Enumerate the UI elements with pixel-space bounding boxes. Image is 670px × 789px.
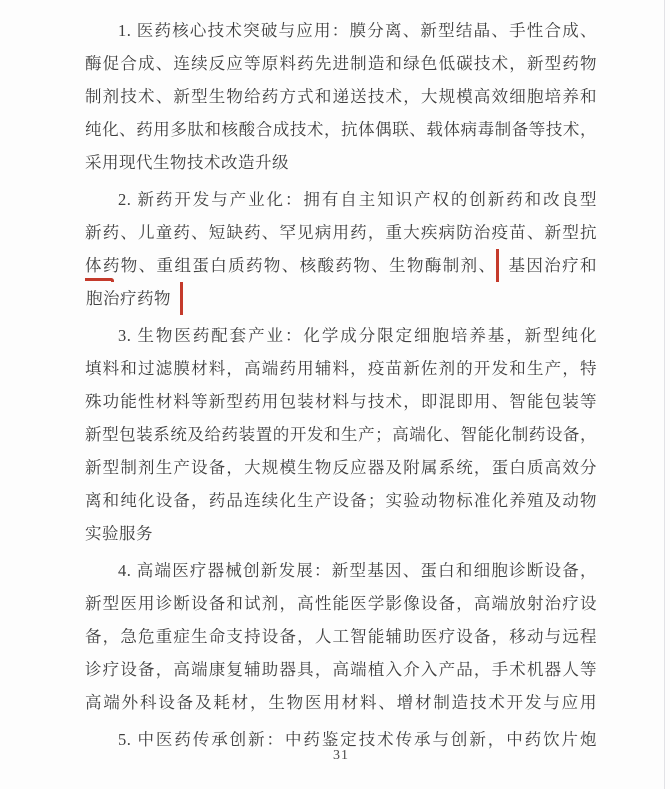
page-edge-line	[664, 0, 665, 789]
text-line: 备，急危重症生命支持设备，人工智能辅助医疗设备，移动与远程	[85, 620, 597, 653]
text-line: 离和纯化设备，药品连续化生产设备；实验动物标准化养殖及动物	[85, 484, 597, 517]
paragraph-1: 1. 医药核心技术突破与应用：膜分离、新型结晶、手性合成、 酶促合成、连续反应等…	[85, 14, 597, 179]
text-segment: 体药物、重组蛋白质药物、核酸药物、生物酶制剂、	[85, 256, 496, 275]
paragraph-4: 4. 高端医疗器械创新发展：新型基因、蛋白和细胞诊断设备， 新型医用诊断设备和试…	[85, 554, 597, 719]
text-line: 纯化、药用多肽和核酸合成技术，抗体偶联、载体病毒制备等技术，	[85, 113, 597, 146]
text-line: 3. 生物医药配套产业：化学成分限定细胞培养基，新型纯化	[85, 319, 597, 352]
text-line: 新型制剂生产设备，大规模生物反应器及附属系统，蛋白质高效分	[85, 451, 597, 484]
paragraph-3: 3. 生物医药配套产业：化学成分限定细胞培养基，新型纯化 填料和过滤膜材料，高端…	[85, 319, 597, 550]
text-line: 酶促合成、连续反应等原料药先进制造和绿色低碳技术，新型药物	[85, 47, 597, 80]
text-line: 2. 新药开发与产业化：拥有自主知识产权的创新药和改良型	[85, 183, 597, 216]
text-line: 殊功能性材料等新型药用包装材料与技术，即混即用、智能包装等	[85, 385, 597, 418]
text-line: 诊疗设备，高端康复辅助器具，高端植入介入产品，手术机器人等	[85, 653, 597, 686]
text-line: 1. 医药核心技术突破与应用：膜分离、新型结晶、手性合成、	[85, 14, 597, 47]
document-page: 1. 医药核心技术突破与应用：膜分离、新型结晶、手性合成、 酶促合成、连续反应等…	[0, 0, 670, 789]
text-line: 实验服务	[85, 517, 597, 550]
text-line: 采用现代生物技术改造升级	[85, 146, 597, 179]
text-line: 新型包装系统及给药装置的开发和生产；高端化、智能化制药设备，	[85, 418, 597, 451]
text-line: 新型医用诊断设备和试剂，高性能医学影像设备，高端放射治疗设	[85, 587, 597, 620]
text-line: 体药物、重组蛋白质药物、核酸药物、生物酶制剂、基因治疗和细	[85, 249, 597, 282]
text-line: 新药、儿童药、短缺药、罕见病用药，重大疾病防治疫苗、新型抗	[85, 216, 597, 249]
text-line: 胞治疗药物	[85, 282, 597, 315]
text-line: 高端外科设备及耗材，生物医用材料、增材制造技术开发与应用	[85, 686, 597, 719]
text-line: 制剂技术、新型生物给药方式和递送技术，大规模高效细胞培养和	[85, 80, 597, 113]
text-line: 填料和过滤膜材料，高端药用辅料，疫苗新佐剂的开发和生产，特	[85, 352, 597, 385]
paragraph-2: 2. 新药开发与产业化：拥有自主知识产权的创新药和改良型 新药、儿童药、短缺药、…	[85, 183, 597, 315]
text-column: 1. 医药核心技术突破与应用：膜分离、新型结晶、手性合成、 酶促合成、连续反应等…	[85, 14, 597, 760]
page-number: 31	[85, 746, 597, 766]
text-line: 4. 高端医疗器械创新发展：新型基因、蛋白和细胞诊断设备，	[85, 554, 597, 587]
highlight-box-cell-therapy: 胞治疗药物	[85, 282, 183, 315]
